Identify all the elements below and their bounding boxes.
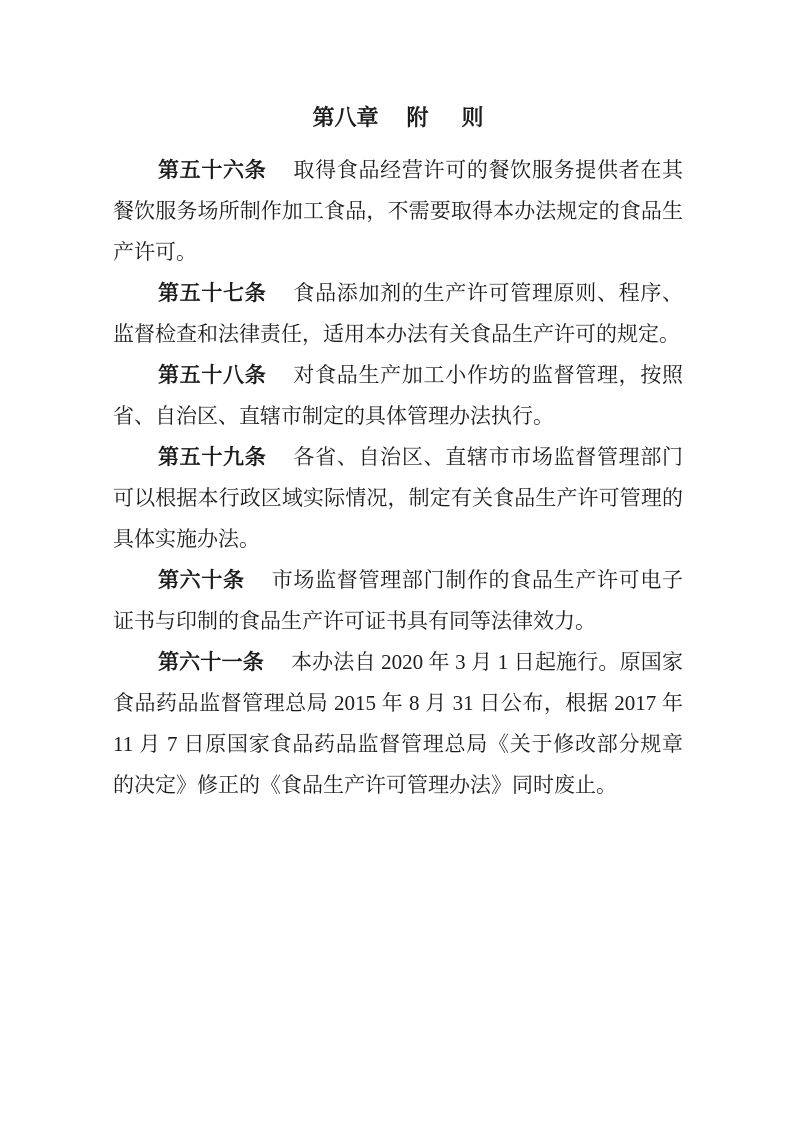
article-58-number: 第五十八条 — [158, 364, 266, 387]
article-56: 第五十六条取得食品经营许可的餐饮服务提供者在其餐饮服务场所制作加工食品，不需要取… — [113, 150, 683, 273]
document-content: 第八章附则 第五十六条取得食品经营许可的餐饮服务提供者在其餐饮服务场所制作加工食… — [113, 97, 683, 806]
chapter-name-part-2: 则 — [462, 105, 484, 130]
chapter-number: 第八章 — [312, 105, 378, 130]
article-60-number: 第六十条 — [158, 569, 245, 592]
article-59-number: 第五十九条 — [158, 446, 266, 469]
article-56-number: 第五十六条 — [158, 159, 266, 182]
article-57-number: 第五十七条 — [158, 282, 266, 305]
chapter-title: 第八章附则 — [113, 97, 683, 138]
article-57: 第五十七条食品添加剂的生产许可管理原则、程序、监督检查和法律责任，适用本办法有关… — [113, 273, 683, 355]
article-60: 第六十条市场监督管理部门制作的食品生产许可电子证书与印制的食品生产许可证书具有同… — [113, 560, 683, 642]
document-page: 第八章附则 第五十六条取得食品经营许可的餐饮服务提供者在其餐饮服务场所制作加工食… — [0, 0, 793, 1122]
article-61: 第六十一条本办法自 2020 年 3 月 1 日起施行。原国家食品药品监督管理总… — [113, 642, 683, 806]
chapter-name-part-1: 附 — [406, 105, 428, 130]
article-58: 第五十八条对食品生产加工小作坊的监督管理，按照省、自治区、直辖市制定的具体管理办… — [113, 355, 683, 437]
article-59: 第五十九条各省、自治区、直辖市市场监督管理部门可以根据本行政区域实际情况，制定有… — [113, 437, 683, 560]
article-61-number: 第六十一条 — [158, 651, 264, 674]
